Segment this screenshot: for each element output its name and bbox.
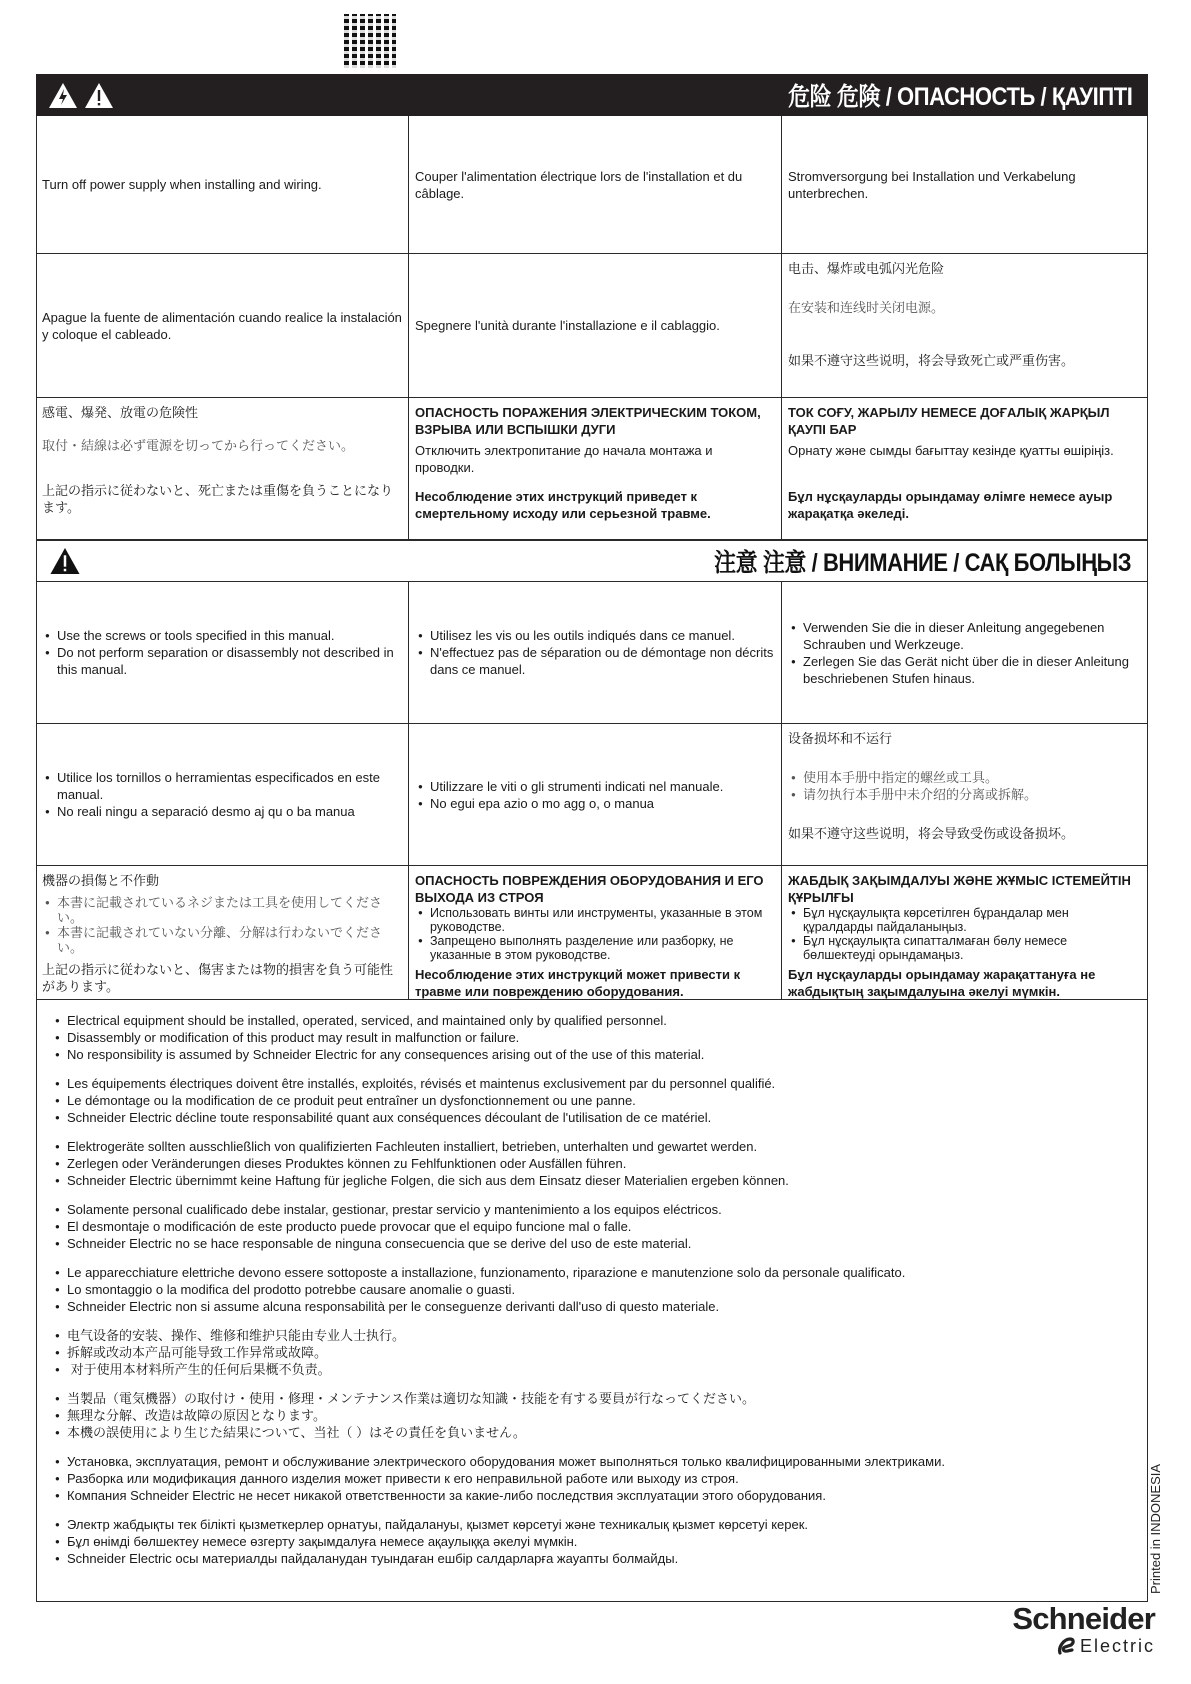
note-item: Zerlegen oder Veränderungen dieses Produ… (52, 1155, 1112, 1172)
note-item: Schneider Electric осы материалды пайдал… (52, 1550, 1112, 1567)
bullet-item: 本書に記載されているネジまたは工具を使用してください。 (42, 895, 402, 925)
bullet-item: Бұл нұсқаулықта көрсетілген бұрандалар м… (788, 906, 1142, 934)
bullet-item: 本書に記載されていない分離、分解は行わないでください。 (42, 925, 402, 955)
caution-cell-it: Utilizzare le viti o gli strumenti indic… (409, 724, 782, 865)
caution-cell-de: Verwenden Sie die in dieser Anleitung an… (782, 582, 1148, 723)
caution-row: Use the screws or tools specified in thi… (36, 582, 1148, 724)
bullet-item: Verwenden Sie die in dieser Anleitung an… (788, 619, 1142, 653)
note-group: Elektrogeräte sollten ausschließlich von… (52, 1138, 1112, 1189)
note-item: 拆解或改动本产品可能导致工作异常或故障。 (52, 1344, 1112, 1361)
bullet-list: 使用本手册中指定的螺丝或工具。请勿执行本手册中未介绍的分离或拆解。 (788, 769, 1142, 803)
cell-consequence: 如果不遵守这些说明，将会导致死亡或严重伤害。 (788, 352, 1142, 369)
bullet-item: Utilisez les vis ou les outils indiqués … (415, 627, 775, 644)
cell-heading: 电击、爆炸或电弧闪光危险 (788, 260, 1142, 277)
caution-cell-kk: ЖАБДЫҚ ЗАҚЫМДАЛУЫ ЖӘНЕ ЖҰМЫС ІСТЕМЕЙТІН … (782, 866, 1148, 999)
cell-consequence: Несоблюдение этих инструкций приведет к … (415, 488, 775, 522)
note-item: Компания Schneider Electric не несет ник… (52, 1487, 1112, 1504)
note-item: Solamente personal cualificado debe inst… (52, 1201, 1112, 1218)
caution-banner: 注意 注意 / ВНИМАНИЕ / САҚ БОЛЫҢЫЗ (36, 540, 1148, 582)
bullet-item: Do not perform separation or disassembly… (42, 644, 402, 678)
cell-consequence: Несоблюдение этих инструкций может приве… (415, 966, 775, 1000)
note-item: Schneider Electric übernimmt keine Haftu… (52, 1172, 1112, 1189)
bullet-item: Zerlegen Sie das Gerät nicht über die in… (788, 653, 1142, 687)
note-item: 無理な分解、改造は故障の原因となります。 (52, 1407, 1112, 1424)
general-notes: Electrical equipment should be installed… (52, 1012, 1112, 1579)
bullet-list: Verwenden Sie die in dieser Anleitung an… (788, 619, 1142, 687)
cell-consequence: 上記の指示に従わないと、死亡または重傷を負うことになります。 (42, 482, 402, 516)
note-item: Elektrogeräte sollten ausschließlich von… (52, 1138, 1112, 1155)
logo-electric-row: Electric (985, 1636, 1155, 1656)
note-item: Lo smontaggio o la modifica del prodotto… (52, 1281, 1112, 1298)
cell-text: Stromversorgung bei Installation und Ver… (788, 168, 1142, 202)
note-item: No responsibility is assumed by Schneide… (52, 1046, 1112, 1063)
danger-row: 感電、爆発、放電の危険性 取付・結線は必ず電源を切ってから行ってください。 上記… (36, 398, 1148, 540)
note-item: Schneider Electric no se hace responsabl… (52, 1235, 1112, 1252)
printed-in-label: Printed in INDONESIA (1148, 1464, 1163, 1602)
cell-heading: ТОК СОҒУ, ЖАРЫЛУ НЕМЕСЕ ДОҒАЛЫҚ ЖАРҚЫЛ Қ… (788, 404, 1142, 438)
cell-heading: 感電、爆発、放電の危険性 (42, 404, 402, 421)
bullet-item: Use the screws or tools specified in thi… (42, 627, 402, 644)
note-item: Schneider Electric décline toute respons… (52, 1109, 1112, 1126)
note-item: Бұл өнімді бөлшектеу немесе өзгерту зақы… (52, 1533, 1112, 1550)
note-item: Les équipements électriques doivent être… (52, 1075, 1112, 1092)
cell-heading: 機器の損傷と不作動 (42, 872, 402, 889)
danger-cell-ja: 感電、爆発、放電の危険性 取付・結線は必ず電源を切ってから行ってください。 上記… (36, 398, 409, 539)
danger-cell-es: Apague la fuente de alimentación cuando … (36, 254, 409, 397)
bullet-list: Utilisez les vis ou les outils indiqués … (415, 627, 775, 678)
cell-text: Couper l'alimentation électrique lors de… (415, 168, 775, 202)
note-item: Установка, эксплуатация, ремонт и обслуж… (52, 1453, 1112, 1470)
bullet-item: Utilizzare le viti o gli strumenti indic… (415, 778, 775, 795)
note-item: 当製品（電気機器）の取付け・使用・修理・メンテナンス作業は適切な知識・技能を有す… (52, 1390, 1112, 1407)
bullet-item: N'effectuez pas de séparation ou de démo… (415, 644, 775, 678)
cell-text: Turn off power supply when installing an… (42, 176, 402, 193)
caution-cell-fr: Utilisez les vis ou les outils indiqués … (409, 582, 782, 723)
warning-icon (49, 547, 81, 575)
note-group: Установка, эксплуатация, ремонт и обслуж… (52, 1453, 1112, 1504)
bullet-item: 请勿执行本手册中未介绍的分离或拆解。 (788, 786, 1142, 803)
danger-cell-de: Stromversorgung bei Installation und Ver… (782, 116, 1148, 253)
note-item: 本機の誤使用により生じた結果について、当社（ ）はその責任を負いません。 (52, 1424, 1112, 1441)
danger-table: Turn off power supply when installing an… (36, 116, 1148, 540)
danger-cell-zh: 电击、爆炸或电弧闪光危险 在安装和连线时关闭电源。 如果不遵守这些说明，将会导致… (782, 254, 1148, 397)
logo-electric: Electric (1080, 1636, 1155, 1656)
schneider-electric-logo: Schneider Electric (985, 1602, 1155, 1656)
bullet-list: Utilice los tornillos o herramientas esp… (42, 769, 402, 820)
caution-title: 注意 注意 / ВНИМАНИЕ / САҚ БОЛЫҢЫЗ (714, 543, 1147, 579)
caution-cell-es: Utilice los tornillos o herramientas esp… (36, 724, 409, 865)
note-group: Electrical equipment should be installed… (52, 1012, 1112, 1063)
note-item: Schneider Electric non si assume alcuna … (52, 1298, 1112, 1315)
cell-body: 在安装和连线时关闭电源。 (788, 299, 1142, 316)
caution-cell-ru: ОПАСНОСТЬ ПОВРЕЖДЕНИЯ ОБОРУДОВАНИЯ И ЕГО… (409, 866, 782, 999)
note-item: Le apparecchiature elettriche devono ess… (52, 1264, 1112, 1281)
danger-cell-kk: ТОК СОҒУ, ЖАРЫЛУ НЕМЕСЕ ДОҒАЛЫҚ ЖАРҚЫЛ Қ… (782, 398, 1148, 539)
cell-body: 取付・結線は必ず電源を切ってから行ってください。 (42, 437, 402, 454)
datamatrix-code (344, 14, 396, 68)
cell-heading: 设备损坏和不运行 (788, 730, 1142, 747)
warning-icon (84, 82, 114, 109)
danger-banner: 危险 危険 / ОПАСНОСТЬ / ҚАУІПТІ (36, 74, 1148, 116)
note-group: Le apparecchiature elettriche devono ess… (52, 1264, 1112, 1315)
note-item: El desmontaje o modificación de este pro… (52, 1218, 1112, 1235)
bullet-list: Использовать винты или инструменты, указ… (415, 906, 775, 962)
life-is-on-icon (1056, 1637, 1076, 1655)
caution-row: 機器の損傷と不作動 本書に記載されているネジまたは工具を使用してください。本書に… (36, 866, 1148, 1000)
bullet-item: No reali ningu a separació desmo aj qu o… (42, 803, 402, 820)
bullet-item: Utilice los tornillos o herramientas esp… (42, 769, 402, 803)
note-item: Le démontage ou la modification de ce pr… (52, 1092, 1112, 1109)
cell-heading: ОПАСНОСТЬ ПОВРЕЖДЕНИЯ ОБОРУДОВАНИЯ И ЕГО… (415, 872, 775, 906)
danger-cell-ru: ОПАСНОСТЬ ПОРАЖЕНИЯ ЭЛЕКТРИЧЕСКИМ ТОКОМ,… (409, 398, 782, 539)
bullet-list: Бұл нұсқаулықта көрсетілген бұрандалар м… (788, 906, 1142, 962)
note-group: 电气设备的安装、操作、维修和维护只能由专业人士执行。拆解或改动本产品可能导致工作… (52, 1327, 1112, 1378)
caution-cell-ja: 機器の損傷と不作動 本書に記載されているネジまたは工具を使用してください。本書に… (36, 866, 409, 999)
danger-cell-en: Turn off power supply when installing an… (36, 116, 409, 253)
danger-cell-fr: Couper l'alimentation électrique lors de… (409, 116, 782, 253)
note-item: 电气设备的安装、操作、维修和维护只能由专业人士执行。 (52, 1327, 1112, 1344)
danger-row: Turn off power supply when installing an… (36, 116, 1148, 254)
cell-consequence: Бұл нұсқауларды орындамау өлімге немесе … (788, 488, 1142, 522)
bullet-item: Запрещено выполнять разделение или разбо… (415, 934, 775, 962)
bullet-list: Use the screws or tools specified in thi… (42, 627, 402, 678)
cell-text: Spegnere l'unità durante l'installazione… (415, 317, 775, 334)
note-group: Электр жабдықты тек білікті қызметкерлер… (52, 1516, 1112, 1567)
cell-body: Орнату және сымды бағыттау кезінде қуатт… (788, 442, 1142, 459)
bullet-item: Использовать винты или инструменты, указ… (415, 906, 775, 934)
bullet-item: 使用本手册中指定的螺丝或工具。 (788, 769, 1142, 786)
note-item: Electrical equipment should be installed… (52, 1012, 1112, 1029)
danger-row: Apague la fuente de alimentación cuando … (36, 254, 1148, 398)
electric-hazard-icon (48, 82, 78, 109)
caution-cell-zh: 设备损坏和不运行 使用本手册中指定的螺丝或工具。请勿执行本手册中未介绍的分离或拆… (782, 724, 1148, 865)
note-item: Электр жабдықты тек білікті қызметкерлер… (52, 1516, 1112, 1533)
caution-row: Utilice los tornillos o herramientas esp… (36, 724, 1148, 866)
cell-text: Apague la fuente de alimentación cuando … (42, 309, 402, 343)
logo-schneider: Schneider (985, 1602, 1155, 1636)
note-item: Disassembly or modification of this prod… (52, 1029, 1112, 1046)
cell-body: Отключить электропитание до начала монта… (415, 442, 775, 476)
cell-consequence: 如果不遵守这些说明，将会导致受伤或设备损坏。 (788, 825, 1142, 842)
cell-heading: ОПАСНОСТЬ ПОРАЖЕНИЯ ЭЛЕКТРИЧЕСКИМ ТОКОМ,… (415, 404, 775, 438)
caution-cell-en: Use the screws or tools specified in thi… (36, 582, 409, 723)
note-group: Les équipements électriques doivent être… (52, 1075, 1112, 1126)
danger-title: 危险 危険 / ОПАСНОСТЬ / ҚАУІПТІ (788, 77, 1148, 113)
cell-heading: ЖАБДЫҚ ЗАҚЫМДАЛУЫ ЖӘНЕ ЖҰМЫС ІСТЕМЕЙТІН … (788, 872, 1142, 906)
note-group: 当製品（電気機器）の取付け・使用・修理・メンテナンス作業は適切な知識・技能を有す… (52, 1390, 1112, 1441)
caution-table: Use the screws or tools specified in thi… (36, 582, 1148, 1000)
note-group: Solamente personal cualificado debe inst… (52, 1201, 1112, 1252)
bullet-list: 本書に記載されているネジまたは工具を使用してください。本書に記載されていない分離… (42, 895, 402, 955)
bullet-list: Utilizzare le viti o gli strumenti indic… (415, 778, 775, 812)
bullet-item: Бұл нұсқаулықта сипатталмаған бөлу немес… (788, 934, 1142, 962)
cell-consequence: 上記の指示に従わないと、傷害または物的損害を負う可能性があります。 (42, 961, 402, 995)
cell-consequence: Бұл нұсқауларды орындамау жарақаттануға … (788, 966, 1142, 1000)
note-item: 对于使用本材料所产生的任何后果概不负责。 (52, 1361, 1112, 1378)
bullet-item: No egui epa azio o mo agg o, o manua (415, 795, 775, 812)
danger-cell-it: Spegnere l'unità durante l'installazione… (409, 254, 782, 397)
note-item: Разборка или модификация данного изделия… (52, 1470, 1112, 1487)
